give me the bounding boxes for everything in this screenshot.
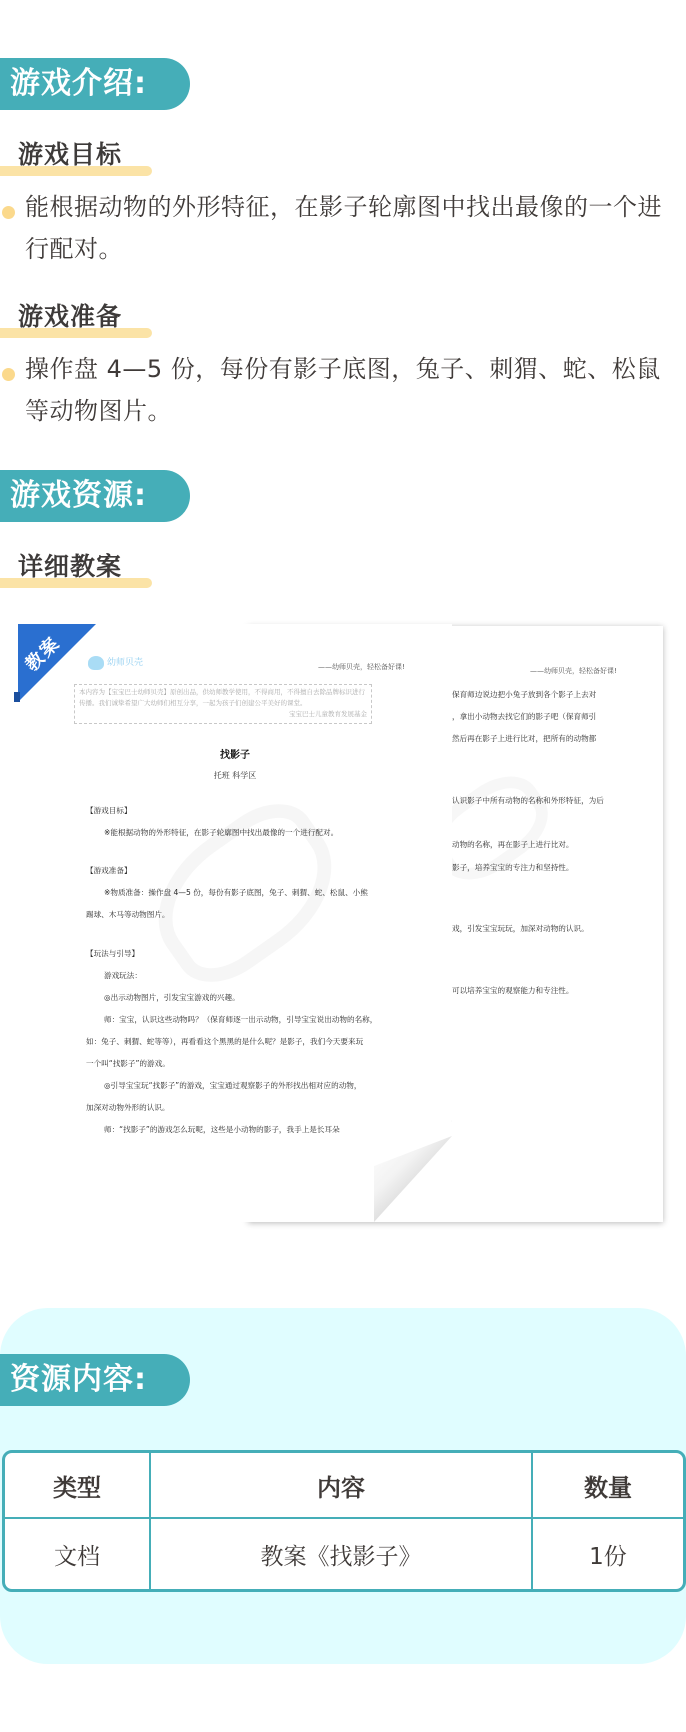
bullet-dot-icon [2, 206, 15, 219]
front-line: 游戏玩法： [104, 971, 142, 981]
goal-paragraph: 能根据动物的外形特征，在影子轮廓图中找出最像的一个进行配对。 [0, 186, 672, 270]
bullet-dot-icon [2, 368, 15, 381]
cell-type: 文档 [5, 1519, 151, 1589]
column-header-type: 类型 [5, 1453, 151, 1517]
subheading-goal: 游戏目标 [0, 138, 160, 178]
front-line: 【游戏目标】 [86, 806, 132, 816]
copyright-notice-text: 本内容为【宝宝巴士幼师贝壳】原创出品，供幼师教学使用，不得商用，不得擅自去除品牌… [79, 687, 367, 709]
section-heading-resources: 游戏资源: [0, 470, 190, 522]
subheading-goal-label: 游戏目标 [18, 138, 122, 172]
page-back-slogan: ——幼师贝壳，轻松备好课! [530, 666, 617, 676]
copyright-signature: 宝宝巴士儿童教育发展基金 [79, 709, 367, 720]
cell-content: 教案《找影子》 [151, 1519, 533, 1589]
back-line: 保育师边说边把小兔子放到各个影子上去对 [452, 690, 596, 700]
subheading-lesson-plan: 详细教案 [0, 550, 160, 590]
back-line: 可以培养宝宝的观察能力和专注性。 [452, 986, 574, 996]
subheading-prep-label: 游戏准备 [18, 300, 122, 334]
subheading-lesson-plan-label: 详细教案 [18, 550, 122, 584]
front-line: 师：“找影子”的游戏怎么玩呢，这些是小动物的影子，我手上是长耳朵 [104, 1125, 340, 1135]
section-heading-content: 资源内容: [0, 1354, 190, 1406]
lesson-plan-preview[interactable]: ——幼师贝壳，轻松备好课! 保育师边说边把小兔子放到各个影子上去对 ，拿出小动物… [0, 618, 686, 1228]
cell-quantity: 1份 [533, 1519, 683, 1589]
table-row: 文档 教案《找影子》 1份 [5, 1519, 683, 1589]
front-line: ◎引导宝宝玩“找影子”的游戏，宝宝通过观察影子的外形找出相对应的动物， [104, 1081, 362, 1091]
column-header-content: 内容 [151, 1453, 533, 1517]
ribbon-fold [14, 692, 20, 702]
page-front-slogan: ——幼师贝壳，轻松备好课! [318, 662, 405, 672]
front-line: 如：兔子、刺猬、蛇等等），再看看这个黑黑的是什么呢？是影子，我们今天要来玩 [86, 1037, 363, 1047]
back-line: 然后再在影子上进行比对，把所有的动物都 [452, 734, 596, 744]
back-line: 戏，引发宝宝玩玩，加深对动物的认识。 [452, 924, 589, 934]
subheading-prep: 游戏准备 [0, 300, 160, 340]
back-line: 影子，培养宝宝的专注力和坚持性。 [452, 863, 574, 873]
section-heading-intro: 游戏介绍: [0, 58, 190, 110]
front-line: ◎出示动物图片，引发宝宝游戏的兴趣。 [104, 993, 240, 1003]
copyright-notice: 本内容为【宝宝巴士幼师贝壳】原创出品，供幼师教学使用，不得商用，不得擅自去除品牌… [74, 684, 372, 724]
shell-logo-icon [88, 656, 104, 670]
resource-table: 类型 内容 数量 文档 教案《找影子》 1份 [2, 1450, 686, 1592]
back-line: ，拿出小动物去找它们的影子吧（保育师引 [452, 712, 596, 722]
document-subtitle: 托班 科学区 [18, 770, 452, 781]
document-title: 找影子 [18, 746, 452, 761]
front-line: 一个叫“找影子”的游戏。 [86, 1059, 170, 1069]
front-line: 【游戏准备】 [86, 866, 132, 876]
front-line: ※能根据动物的外形特征，在影子轮廓图中找出最像的一个进行配对。 [104, 828, 338, 838]
prep-paragraph: 操作盘 4—5 份，每份有影子底图，兔子、刺猬、蛇、松鼠等动物图片。 [0, 348, 672, 432]
brand-logo: 幼师贝壳 [88, 656, 143, 670]
brand-logo-text: 幼师贝壳 [107, 658, 143, 668]
front-line: 师：宝宝，认识这些动物吗？（保育师逐一出示动物，引导宝宝说出动物的名称， [104, 1015, 377, 1025]
front-line: 踢球、木马等动物图片。 [86, 910, 170, 920]
front-line: 【玩法与引导】 [86, 949, 139, 959]
front-line: ※物质准备：操作盘 4—5 份，每份有影子底图，兔子、刺猬、蛇、松鼠、小熊 [104, 888, 368, 898]
prep-text: 操作盘 4—5 份，每份有影子底图，兔子、刺猬、蛇、松鼠等动物图片。 [25, 348, 672, 432]
column-header-quantity: 数量 [533, 1453, 683, 1517]
front-line: 加深对动物外形的认识。 [86, 1103, 170, 1113]
back-line: 动物的名称，再在影子上进行比对。 [452, 840, 574, 850]
back-line: 认识影子中所有动物的名称和外形特征，为后 [452, 796, 604, 806]
goal-text: 能根据动物的外形特征，在影子轮廓图中找出最像的一个进行配对。 [25, 186, 672, 270]
table-header-row: 类型 内容 数量 [5, 1453, 683, 1519]
